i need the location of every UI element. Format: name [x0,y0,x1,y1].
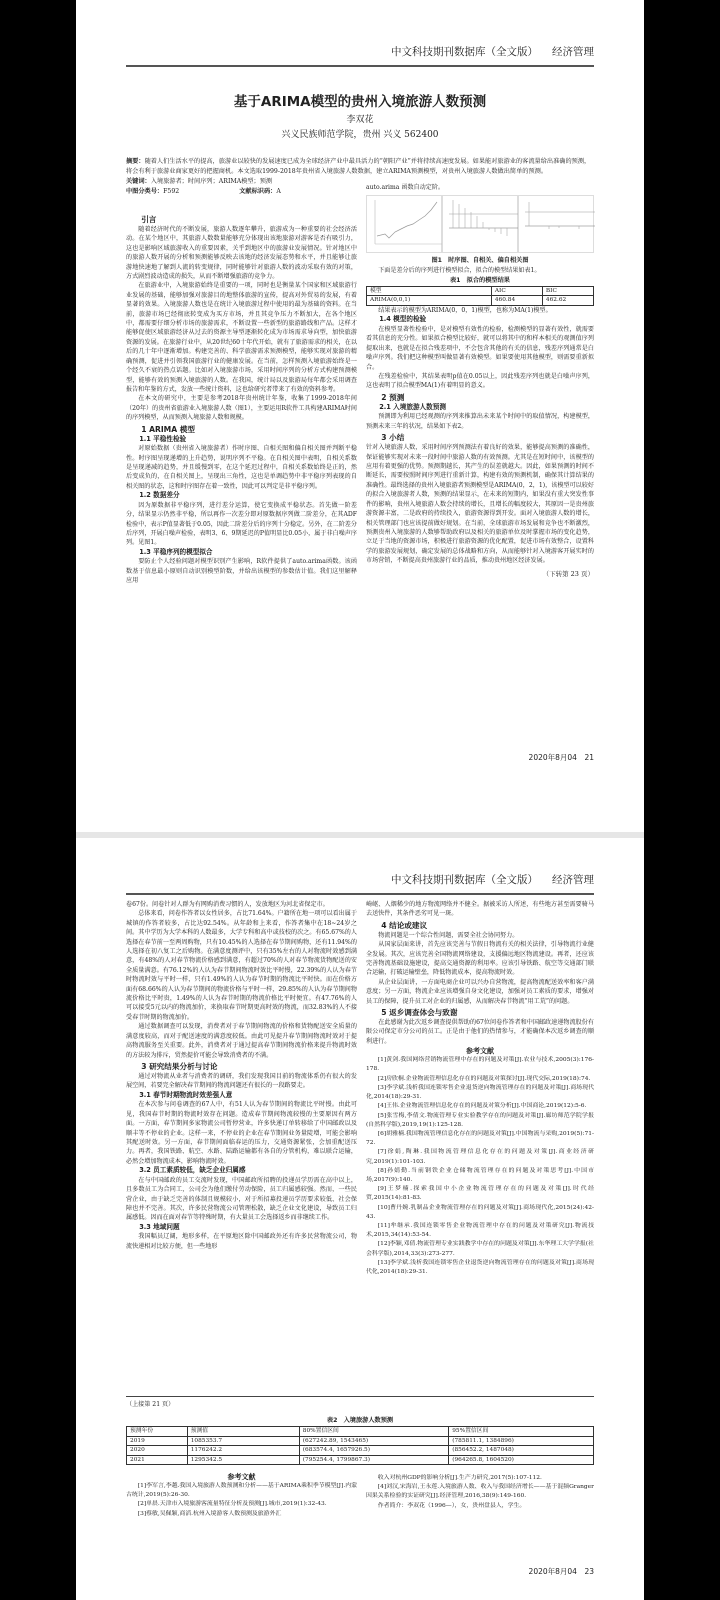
continued-from-note: （上接第 21 页） [126,1400,357,1409]
affiliation: 兴义民族师范学院，贵州 兴义 562400 [126,127,594,140]
table-row: 20201176242.2(683574.4, 1657926.5)(85645… [127,1446,594,1456]
paragraph: 结果表示的模型为ARIMA(0，0，1)模型，也称为MA(1)模型。 [366,306,594,315]
table-2-caption: 表2 入境旅游人数预测 [126,1416,594,1426]
heading-1-1: 1.1 平稳性检验 [139,435,357,445]
reference-item: [7]徐娟,陶琳.我国物流管理信息化存在的问题及对策[J].商业经济研究,201… [366,1148,594,1166]
figure-1 [366,195,594,253]
reference-item: [9]王梦楠.探索我国中小企业物流管理存在的问题及对策[J].时代经贸,2015… [366,1185,594,1203]
paragraph: 通过对物流从业者与消费者的调研，我们发现我国目前的物流体系仍有很大的发展空间，若… [126,1072,357,1091]
author: 李双花 [126,112,594,125]
heading-3-1: 3.1 春节时期物流时效差强人意 [139,1091,357,1101]
paragraph: 在残差检验中，其结果表明p值在0.05以上，因此残差序列也就是白噪声序列，这也表… [366,372,594,391]
heading-1-3: 1.3 平稳序列的模型拟合 [139,548,357,558]
page-footer: 2020年8月04 21 [529,752,594,763]
reference-item: [5]张雪梅,李倩文.物流管理专业实验教学存在的问题及对策[J].廊坊师范学院学… [366,1112,594,1130]
table-row: 20191085353.7(627242.89, 1543465)(785811… [127,1436,594,1446]
right-column: auto.arima 函数自动定阶。 图1 时序图、自相关、偏自相关图 下面是差… [366,183,594,579]
paragraph: 在旅游业中，入境旅游始终是重要的一项，同时也是衡量某个国家和区域旅游行业发展的基… [126,281,357,394]
reference-item: [2]房欣桐.企业物流管理信息化存在的问题及对策探讨[J].现代交际,2019(… [366,1075,594,1084]
references-heading: 参考文献 [126,1472,357,1482]
heading-5: 5 返乡调查体会与致谢 [381,1007,594,1018]
references-heading: 参考文献 [366,1046,594,1056]
acf-plot [442,195,518,253]
paragraph: 在与中国邮政的员工交流时发现，中国邮政所招聘的投递员学历需在高中以上，且多数员工… [126,1176,357,1223]
reference-item: [1]李军言,李越.我国入境旅游人数预测和分析——基于ARIMA乘积季节模型[J… [126,1482,357,1500]
paragraph: 物流问题是一个综合性问题，需要全社会协同努力。 [366,931,594,940]
table-header-row: 预测年份 预测值 80%置信区间 95%置信区间 [127,1427,594,1437]
heading-1-2: 1.2 数据差分 [139,491,357,501]
abstract: 摘要：随着人们生活水平的提高，旅游业以较快的发展速度已成为全球经济产业中最具活力… [126,157,594,177]
reference-item: [10]曹丹婉.乳制品企业物流管理存在的问题及对策[J].商场现代化,2015(… [366,1204,594,1222]
reference-item: [12]李颖,邓倩.物流管理专业实践教学中存在的问题及对策[J].东华理工大学学… [366,1240,594,1258]
reference-item: [2]单晨.天津市入境旅游客流量特征分析及预测[J].城市,2019(1):32… [126,1500,357,1509]
pacf-plot [518,195,594,253]
bottom-right-references: 收入对杭州GDP的影响分析[J].生产力研究,2017(5):107-112. … [366,1474,594,1511]
table-header-row: 模型 AIC BIC [367,286,594,296]
database-name: 中文科技期刊数据库（全文版） [391,46,538,58]
heading-3: 3 小结 [381,432,594,443]
heading-2-1: 2.1 入境旅游人数预测 [379,403,594,413]
journal-page-23: 中文科技期刊数据库（全文版）经济管理 卷67份。问卷针对人群为有网购消费习惯的人… [76,838,644,1600]
table-2: 预测年份 预测值 80%置信区间 95%置信区间 20191085353.7(6… [126,1426,594,1465]
paragraph: 随着经济时代的不断发展，旅游人数逐年攀升，旅游成为一种重要的社会经济活动。在某个… [126,225,357,281]
reference-item: [4]刘汉,宋海岩,王永莲.入境旅游人数、收入与我国经济增长——基于混频Gran… [366,1483,594,1501]
table-2-block: 表2 入境旅游人数预测 预测年份 预测值 80%置信区间 95%置信区间 201… [126,1416,594,1465]
time-series-plot [366,195,442,253]
paragraph: 对原始数据（贵州省入境旅游者）作时序图、自相关图和偏自相关图并判断平稳性。时序图… [126,444,357,491]
journal-page-21: 中文科技期刊数据库（全文版）经济管理 基于ARIMA模型的贵州入境旅游人数预测 … [76,0,644,832]
bottom-left-references: 参考文献 [1]李军言,李越.我国入境旅游人数预测和分析——基于ARIMA乘积季… [126,1472,357,1519]
paragraph: 在本文的研究中，主要是参考2018年贵州统计年鉴，收集了1999-2018年间（… [126,394,357,422]
reference-item: [13]李学斌.浅析我国连锁零售企业退货逆向物流管理存在的问题及对策[J].商场… [366,1259,594,1277]
reference-item: [6]胡雅楠.我国物流管理信息化存在的问题及对策[J].中国物流与采购,2019… [366,1130,594,1148]
section-name: 经济管理 [552,874,594,886]
running-header: 中文科技期刊数据库（全文版）经济管理 [126,44,594,67]
paragraph: 我国幅员辽阔，地形多样，在平原地区除中国邮政外还有许多民营物流公司，物流快递相对… [126,1232,357,1251]
article-title: 基于ARIMA模型的贵州入境旅游人数预测 [126,90,594,110]
reference-item: [8]孙婧勤.当前钢铁企业仓储物流管理存在的问题及对策思考[J].中国市场,20… [366,1167,594,1185]
paragraph: 在模型显著性检验中，是对模型有效性的检验，检测模型的显著有效性，就需要看其信息的… [366,325,594,372]
reference-item: [3]蔡敏,吴佩颖,商滔.杭州入境游客人数预测及旅游外汇 [126,1510,357,1519]
table-1-caption: 表1 拟合的模型结果 [366,276,594,286]
paragraph: 从国家层面来讲，首先应该完善与节假日物流有关的相关法律，引导物流行业健全发展。其… [366,940,594,978]
paragraph: 在本次参与问卷调查的67人中，有51人认为春节期间的物流比平时慢。由此可见，我国… [126,1100,357,1166]
reference-item: [4]王伟.企业物流管理信息化存在的问题及对策分析[J].中国商论,2019(1… [366,1102,594,1111]
reference-item: [11]牟继承.我国连锁零售企业物流管理中存在的问题及对策研究[J].物流技术,… [366,1222,594,1240]
author-bio: 作者简介：李双花（1996—），女，贵州盘县人，学生。 [366,1502,594,1511]
left-column: 引言 随着经济时代的不断发展，旅游人数逐年攀升，旅游成为一种重要的社会经济活动。… [126,213,357,586]
heading-1-4: 1.4 模型的检验 [379,315,594,325]
heading-intro: 引言 [141,214,357,225]
paragraph: 总体来看，问卷作答者以女性居多，占比71.64%。户籍所在地一项可以看出属于城镇… [126,909,357,1022]
left-column: 卷67份。问卷针对人群为有网购消费习惯的人，发放地区为河北省保定市。 总体来看，… [126,900,357,1251]
section-name: 经济管理 [552,46,594,58]
continued-note: （下转第 23 页） [366,570,594,579]
paragraph: 针对入境旅游人数，采用时间序列预测法有着良好的效果，能够提高预测的准确性，保证能… [366,443,594,565]
paragraph: 从企业层面讲，一方面电商企业可以兴办自营物流，提高物流配送效率和客户满意度；另一… [366,978,594,1006]
paragraph: 预测即为利用已经观测的序列来推算出未来某个时间中的取值情况，构建模型，预测未来三… [366,412,594,431]
heading-4: 4 结论或建议 [381,920,594,931]
table-1: 模型 AIC BIC ARIMA(0,0,1) 460.84 462.62 [366,286,594,306]
heading-3: 3 研究结果分析与讨论 [141,1061,357,1072]
heading-3-3: 3.3 地域问题 [139,1223,357,1233]
heading-1: 1 ARIMA 模型 [141,424,357,435]
paragraph: 要防止个人经验问题对模型识别产生影响，R软件提供了auto.arima函数。该函… [126,557,357,585]
paragraph: 在此感谢为此次返乡调查提供帮助的67位问卷作答者和中国邮政速递物流股份有限公司保… [366,1018,594,1046]
reference-item: [1]黄剑.我国网络营销物流管理中存在的问题及对策[J].农业与技术,2005(… [366,1056,594,1074]
running-header: 中文科技期刊数据库（全文版）经济管理 [126,872,594,895]
heading-2: 2 预测 [381,392,594,403]
page-footer: 2020年8月04 23 [529,1566,594,1577]
figure-1-caption: 图1 时序图、自相关、偏自相关图 [366,256,594,266]
paragraph: 因为原数据非平稳序列，进行差分运算，使它变换成平稳状态。首先做一阶差分，结果显示… [126,501,357,548]
table-row: ARIMA(0,0,1) 460.84 462.62 [367,296,594,306]
right-column: 崎岖、人烟稀少的地方物流网络并不健全。据被采访人所述，有些地方甚至需要骑马去送快… [366,900,594,1277]
reference-item: 收入对杭州GDP的影响分析[J].生产力研究,2017(5):107-112. [366,1474,594,1483]
heading-3-2: 3.2 员工素质较低，缺乏企业归属感 [139,1166,357,1176]
paragraph: 卷67份。问卷针对人群为有网购消费习惯的人，发放地区为河北省保定市。 [126,900,357,909]
divider [126,1396,594,1397]
table-row: 20211295342.5(795254.4, 1799867.3)(96426… [127,1455,594,1465]
paragraph: auto.arima 函数自动定阶。 [366,183,594,192]
paragraph: 通过数据调查可以发现，消费者对于春节期间物流的价格和货物配送安全质量的满意度较高… [126,1022,357,1060]
paragraph: 崎岖、人烟稀少的地方物流网络并不健全。据被采访人所述，有些地方甚至需要骑马去送快… [366,900,594,919]
paragraph: 下面是差分后的序列进行模型拟合，拟合的模型结果如表1。 [366,266,594,275]
database-name: 中文科技期刊数据库（全文版） [391,874,538,886]
reference-item: [3]李学斌.浅析我国连锁零售企业退货逆向物流管理存在的问题及对策[J].商场现… [366,1084,594,1102]
